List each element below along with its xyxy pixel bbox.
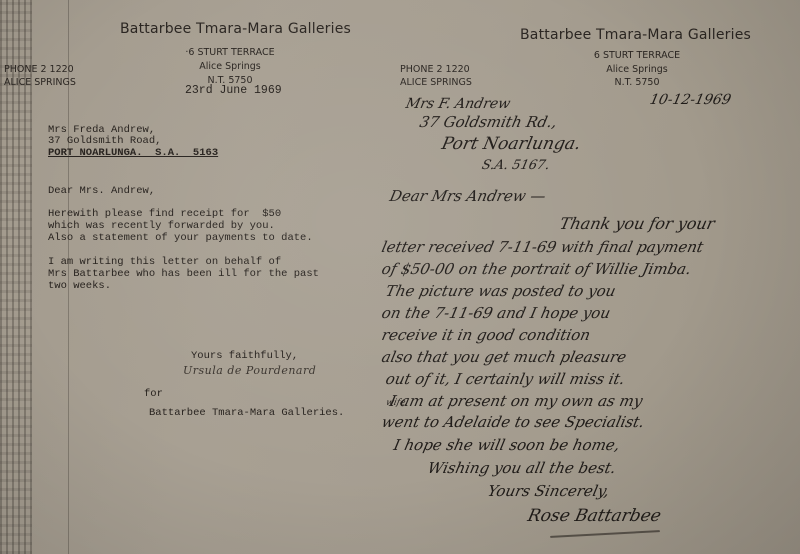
body-line: went to Adelaide to see Specialist. — [380, 413, 646, 431]
salutation: Dear Mrs Andrew — — [388, 187, 547, 205]
inserted-word: wife — [385, 398, 406, 408]
body-line: Thank you for your — [558, 214, 717, 233]
recipient-town: PORT NOARLUNGA. S.A. 5163 — [48, 147, 218, 160]
letterhead-state-postcode: N.T. 5750 — [582, 77, 692, 88]
body-line: letter received 7-11-69 with final payme… — [380, 238, 705, 256]
letterhead-phone: PHONE 2 1220 — [4, 64, 74, 75]
letters-photograph: Battarbee Tmara-Mara Galleries ·6 STURT … — [0, 0, 800, 554]
body-line: of $50-00 on the portrait of Willie Jimb… — [380, 260, 693, 278]
handwritten-signature: Rose Battarbee — [526, 506, 663, 526]
salutation: Dear Mrs. Andrew, — [48, 185, 155, 198]
letterhead-town: Alice Springs — [180, 61, 280, 72]
letterhead-phone-town: ALICE SPRINGS — [400, 77, 472, 88]
letterhead-street: 6 STURT TERRACE — [582, 50, 692, 61]
body-line: also that you get much pleasure — [380, 348, 628, 366]
body-line: I hope she will soon be home, — [392, 436, 621, 454]
handwritten-signature: Ursula de Pourdenard — [183, 364, 316, 377]
letterhead-phone: PHONE 2 1220 — [400, 64, 470, 75]
for-label: for — [144, 388, 163, 401]
recipient-town: Port Noarlunga. — [440, 134, 583, 154]
signature-underline — [550, 530, 660, 538]
closing: Yours Sincerely, — [486, 482, 611, 500]
typed-letter: Battarbee Tmara-Mara Galleries ·6 STURT … — [0, 0, 390, 554]
letter-date: 10-12-1969 — [648, 92, 732, 108]
body-line: receive it in good condition — [380, 326, 592, 344]
handwritten-letter: Battarbee Tmara-Mara Galleries 6 STURT T… — [360, 0, 800, 554]
body-line: out of it, I certainly will miss it. — [384, 370, 626, 388]
body-line: I am at present on my own as my — [388, 392, 644, 410]
letterhead-phone-town: ALICE SPRINGS — [4, 77, 76, 88]
letterhead-town: Alice Springs — [582, 64, 692, 75]
body-line: Also a statement of your payments to dat… — [48, 232, 313, 245]
body-line: on the 7-11-69 and I hope you — [380, 304, 612, 322]
recipient-street: 37 Goldsmith Rd., — [418, 113, 559, 131]
closing: Yours faithfully, — [191, 350, 298, 363]
letterhead-company: Battarbee Tmara-Mara Galleries — [520, 27, 751, 43]
sign-off-company: Battarbee Tmara-Mara Galleries. — [149, 407, 344, 420]
letterhead-company: Battarbee Tmara-Mara Galleries — [120, 21, 351, 37]
recipient-postcode: S.A. 5167. — [480, 158, 551, 173]
body-line: Wishing you all the best. — [426, 459, 618, 477]
body-line: two weeks. — [48, 280, 111, 293]
recipient-name: Mrs F. Andrew — [404, 96, 512, 112]
letterhead-street: ·6 STURT TERRACE — [180, 47, 280, 58]
body-line: The picture was posted to you — [384, 282, 617, 300]
letter-date: 23rd June 1969 — [185, 84, 282, 97]
